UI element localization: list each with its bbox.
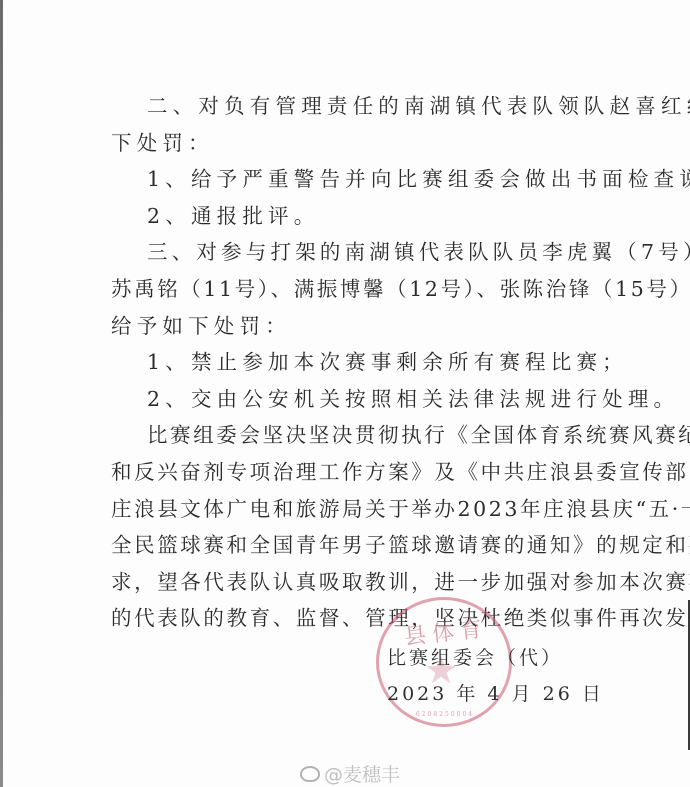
signature-block: 比赛组委会（代） 2023 年 4 月 26 日 bbox=[387, 640, 604, 712]
signature-organization: 比赛组委会（代） bbox=[387, 640, 604, 676]
paragraph-line: 庄浪县文体广电和旅游局关于举办2023年庄浪县庆“五·一” bbox=[111, 491, 591, 528]
paragraph-line: 2、交由公安机关按照相关法律法规进行处理。 bbox=[111, 381, 591, 418]
paragraph-line: 下处罚： bbox=[111, 125, 591, 162]
paragraph-line: 二、对负有管理责任的南湖镇代表队领队赵喜红给予如 bbox=[111, 88, 591, 125]
paragraph-line: 给予如下处罚： bbox=[111, 308, 591, 345]
paragraph-line: 1、给予严重警告并向比赛组委会做出书面检查说明； bbox=[111, 161, 591, 198]
weibo-watermark: @麦穗丰 bbox=[300, 760, 400, 787]
paragraph-line: 苏禹铭（11号）、满振博馨（12号）、张陈治锋（15号） bbox=[111, 271, 591, 308]
paragraph-line: 三、对参与打架的南湖镇代表队队员李虎翼（7号）、 bbox=[111, 234, 591, 271]
weibo-icon bbox=[300, 766, 320, 782]
paragraph-line: 比赛组委会坚决坚决贯彻执行《全国体育系统赛风赛纪 bbox=[111, 417, 591, 454]
paragraph-line: 和反兴奋剂专项治理工作方案》及《中共庄浪县委宣传部 bbox=[111, 454, 591, 491]
scan-left-edge bbox=[0, 0, 3, 787]
paragraph-line: 2、通报批评。 bbox=[111, 198, 591, 235]
paragraph-line: 求，望各代表队认真吸取教训，进一步加强对参加本次赛事 bbox=[111, 564, 591, 601]
paragraph-line: 的代表队的教育、监督、管理，坚决杜绝类似事件再次发生。 bbox=[111, 600, 591, 637]
document-body: 二、对负有管理责任的南湖镇代表队领队赵喜红给予如 下处罚： 1、给予严重警告并向… bbox=[111, 88, 591, 637]
watermark-text: @麦穗丰 bbox=[324, 760, 400, 787]
paragraph-line: 1、禁止参加本次赛事剩余所有赛程比赛； bbox=[111, 344, 591, 381]
signature-date: 2023 年 4 月 26 日 bbox=[387, 676, 604, 712]
paragraph-line: 全民篮球赛和全国青年男子篮球邀请赛的通知》的规定和要 bbox=[111, 527, 591, 564]
seal-code: 6208250004 bbox=[405, 711, 485, 718]
